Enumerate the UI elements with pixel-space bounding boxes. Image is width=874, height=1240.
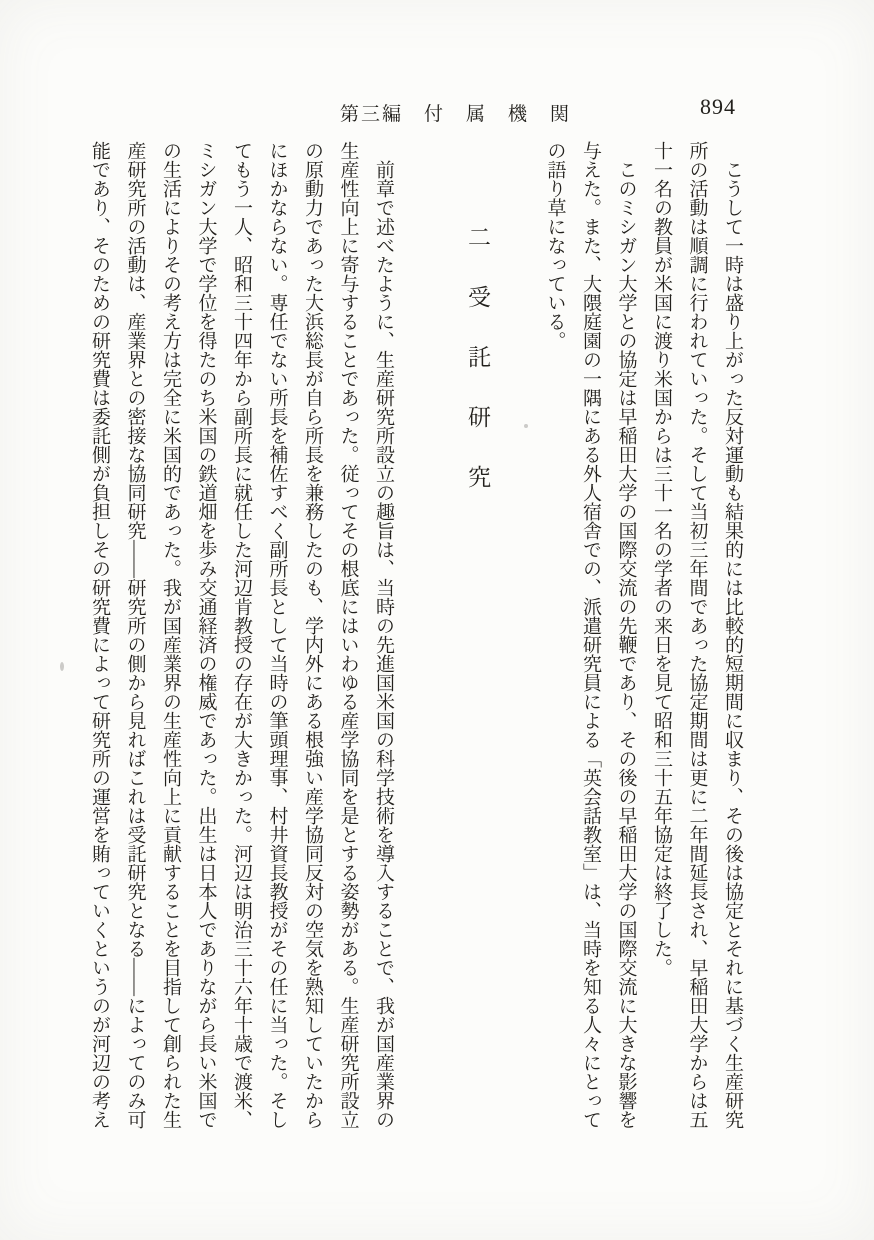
- scan-speck: [60, 662, 64, 671]
- paragraph-research-institute: 前章で述べたように、生産研究所設立の趣旨は、当時の先進国米国の科学技術を導入する…: [82, 141, 402, 1133]
- running-header: 第三編 付 属 機 関: [340, 99, 571, 126]
- paragraph-international-exchange: このミシガン大学との協定は早稲田大学の国際交流の先鞭であり、その後の早稲田大学の…: [537, 141, 644, 1133]
- section-heading-jutaku-kenkyu: 二 受 託 研 究: [457, 141, 497, 1133]
- book-page: 第三編 付 属 機 関 894 こうして一時は盛り上がった反対運動も結果的には比…: [0, 0, 874, 1240]
- main-text-block: こうして一時は盛り上がった反対運動も結果的には比較的短期間に収まり、その後は協定…: [72, 141, 750, 1133]
- paragraph-michigan-agreement-end: こうして一時は盛り上がった反対運動も結果的には比較的短期間に収まり、その後は協定…: [644, 141, 751, 1133]
- page-number: 894: [700, 94, 736, 120]
- scan-speck: [524, 424, 528, 428]
